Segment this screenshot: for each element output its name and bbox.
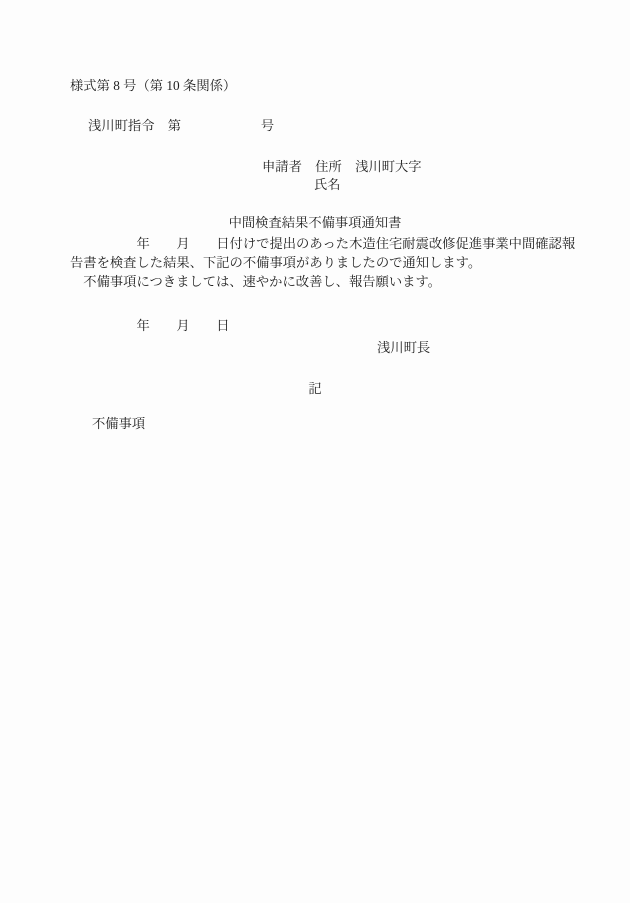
document-page: 様式第 8 号（第 10 条関係） 浅川町指令 第 号 申請者 住所 浅川町大字… xyxy=(0,0,630,903)
issuer-name: 浅川町長 xyxy=(377,338,430,357)
date-line: 年 月 日 xyxy=(70,316,230,335)
applicant-name-line: 氏名 xyxy=(314,175,341,194)
applicant-address-line: 申請者 住所 浅川町大字 xyxy=(262,157,422,176)
document-title: 中間検査結果不備事項通知書 xyxy=(0,213,630,232)
defect-items-label: 不備事項 xyxy=(92,414,145,433)
form-number: 様式第 8 号（第 10 条関係） xyxy=(70,76,236,95)
body-paragraph: 年 月 日付けで提出のあった木造住宅耐震改修促進事業中間確認報 告書を検査した結… xyxy=(70,234,576,291)
directive-number-line: 浅川町指令 第 号 xyxy=(88,116,274,135)
record-marker: 記 xyxy=(0,379,630,398)
